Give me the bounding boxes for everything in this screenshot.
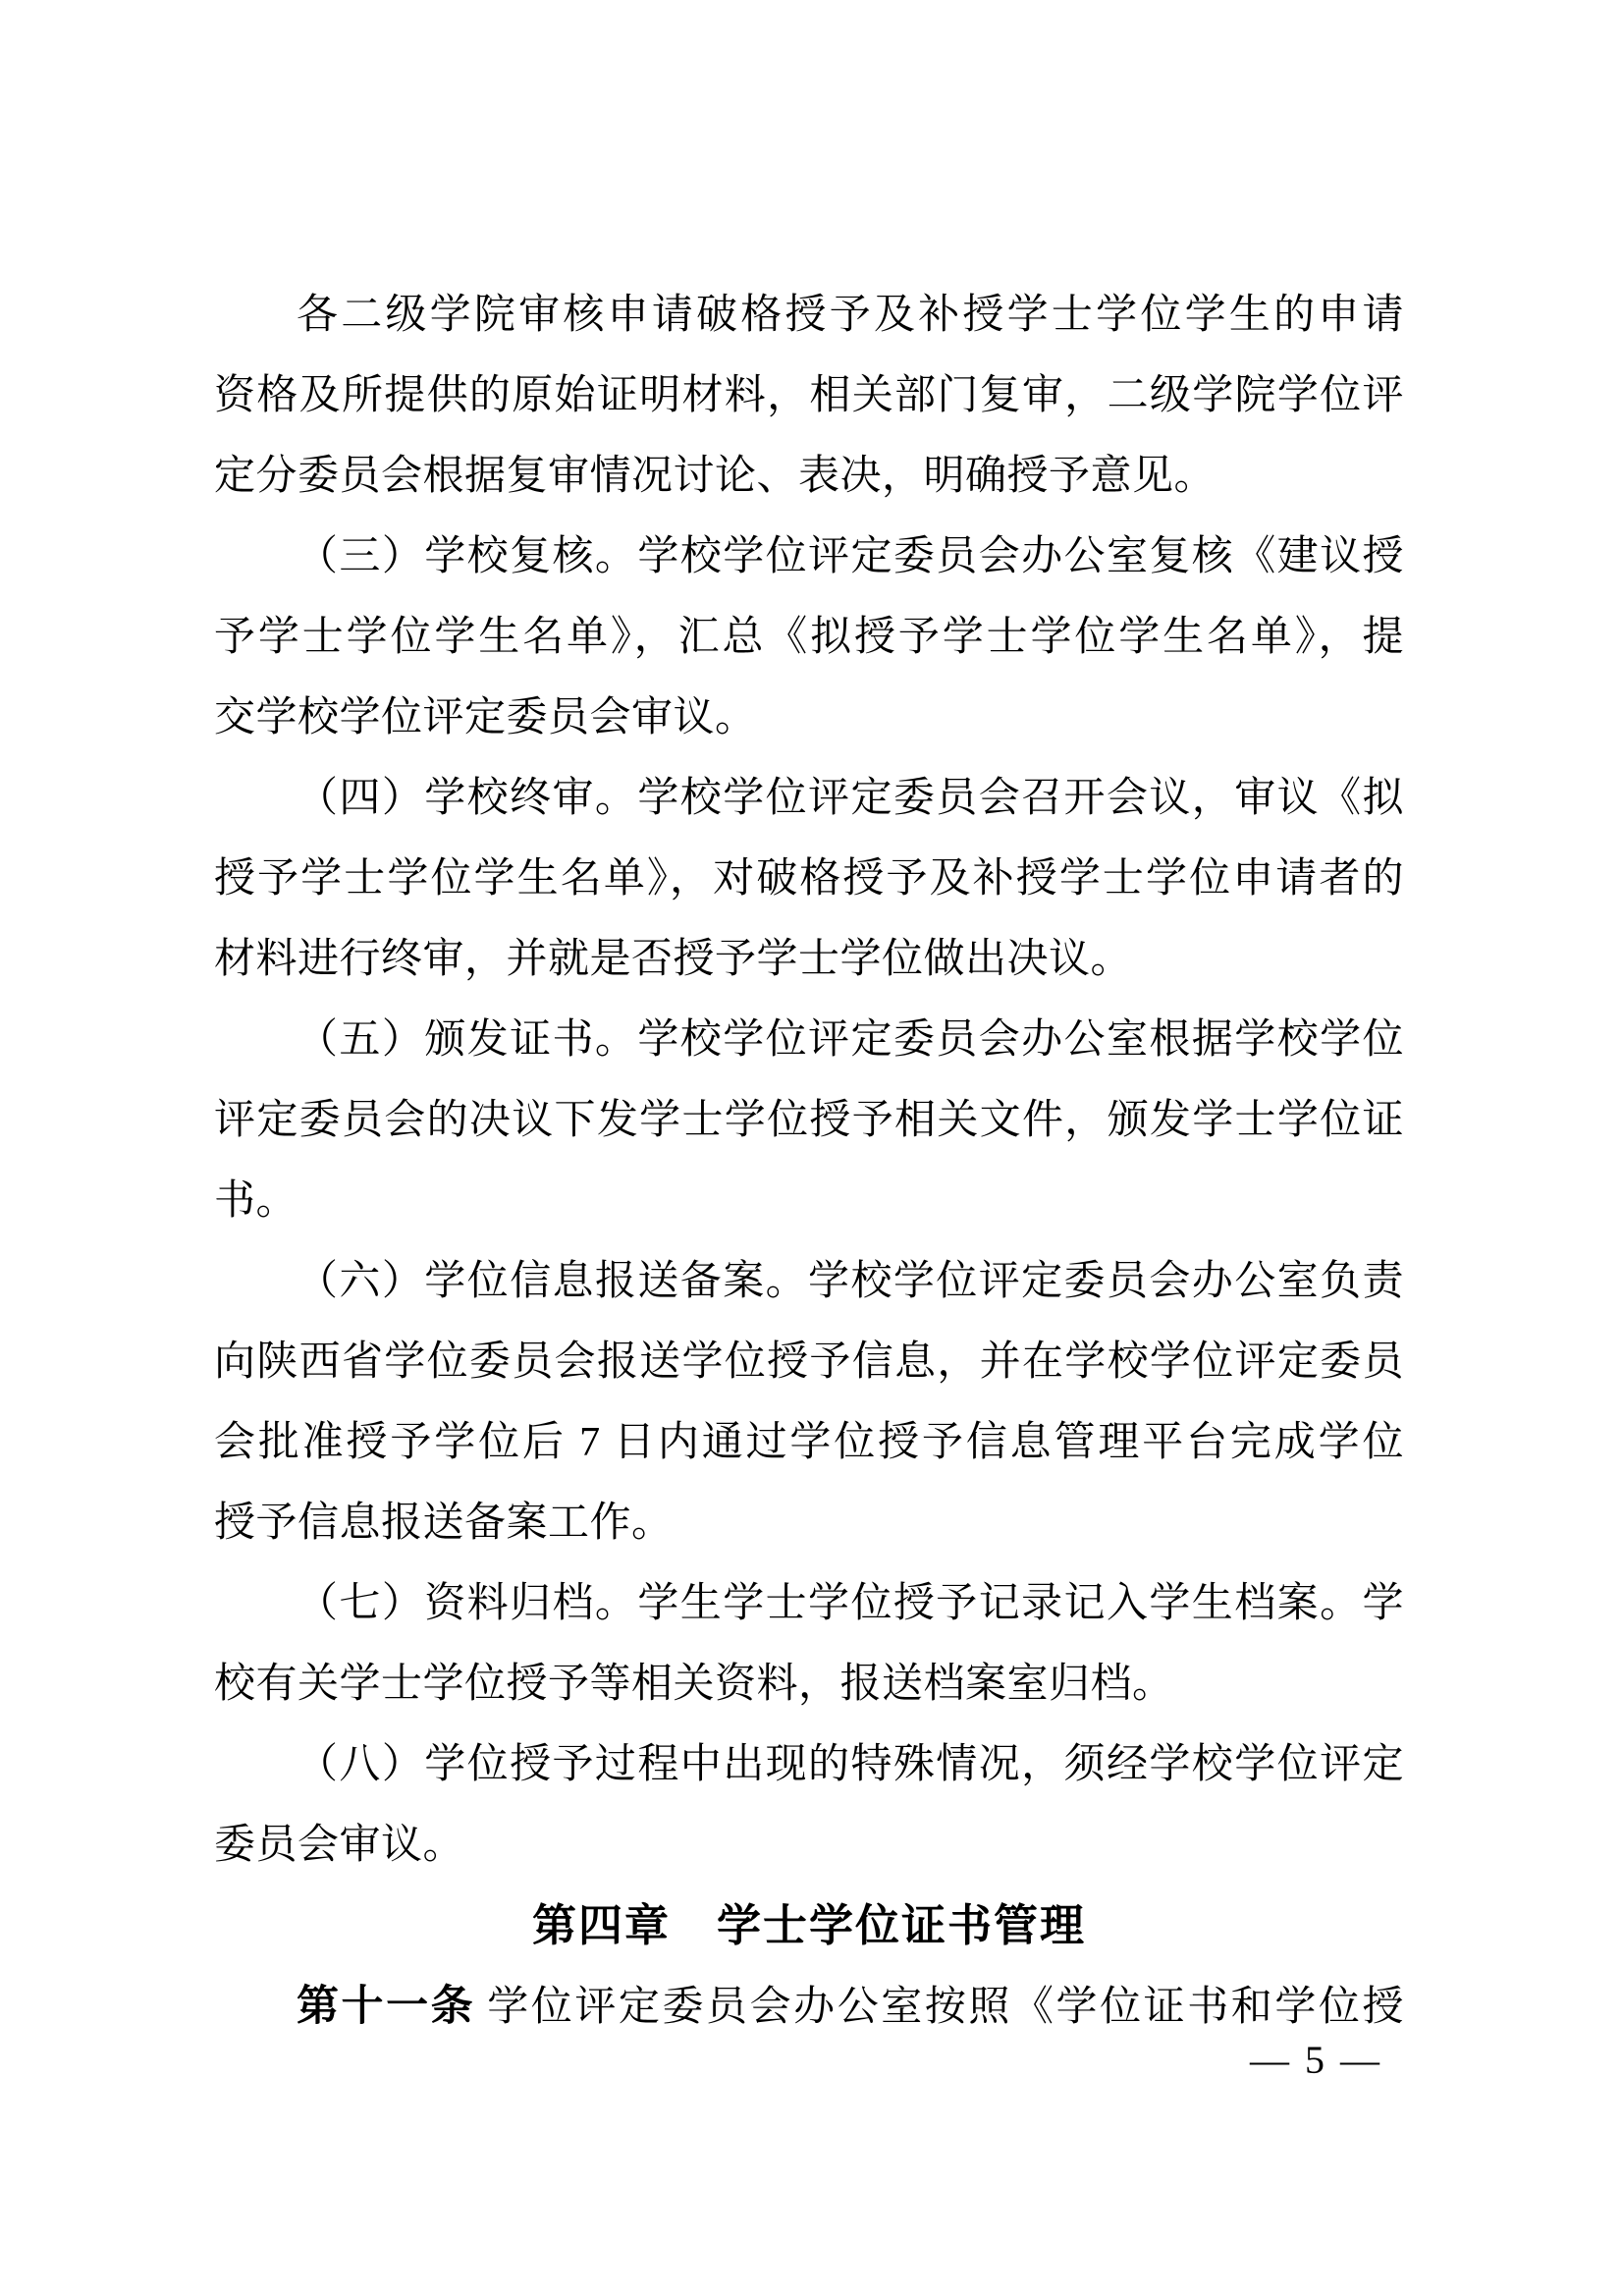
body-line-11: 评定委员会的决议下发学士学位授予相关文件，颁发学士学位证 <box>214 1080 1404 1161</box>
chapter-heading: 第四章 学士学位证书管理 <box>214 1886 1404 1966</box>
body-line-18: 校有关学士学位授予等相关资料，报送档案室归档。 <box>214 1644 1404 1724</box>
article-11-line: 第十一条学位评定委员会办公室按照《学位证书和学位授 <box>214 1966 1404 2047</box>
page-number: — 5 — <box>214 2039 1382 2082</box>
body-line-12: 书。 <box>214 1161 1404 1241</box>
body-line-3: 定分委员会根据复审情况讨论、表决，明确授予意见。 <box>214 436 1404 517</box>
body-line-4: （三）学校复核。学校学位评定委员会办公室复核《建议授 <box>214 517 1404 597</box>
body-line-1: 各二级学院审核申请破格授予及补授学士学位学生的申请 <box>214 275 1404 355</box>
body-line-2: 资格及所提供的原始证明材料，相关部门复审，二级学院学位评 <box>214 355 1404 436</box>
body-line-15: 会批准授予学位后 7 日内通过学位授予信息管理平台完成学位 <box>214 1402 1404 1483</box>
body-line-14: 向陕西省学位委员会报送学位授予信息，并在学校学位评定委员 <box>214 1322 1404 1402</box>
body-line-6: 交学校学位评定委员会审议。 <box>214 678 1404 758</box>
body-line-20: 委员会审议。 <box>214 1805 1404 1886</box>
document-page: 各二级学院审核申请破格授予及补授学士学位学生的申请 资格及所提供的原始证明材料，… <box>0 0 1622 2296</box>
document-body: 各二级学院审核申请破格授予及补授学士学位学生的申请 资格及所提供的原始证明材料，… <box>214 275 1404 2047</box>
body-line-19: （八）学位授予过程中出现的特殊情况，须经学校学位评定 <box>214 1724 1404 1805</box>
article-text: 学位评定委员会办公室按照《学位证书和学位授 <box>487 1985 1404 2030</box>
body-line-9: 材料进行终审，并就是否授予学士学位做出决议。 <box>214 919 1404 1000</box>
body-line-7: （四）学校终审。学校学位评定委员会召开会议，审议《拟 <box>214 758 1404 839</box>
body-line-16: 授予信息报送备案工作。 <box>214 1483 1404 1563</box>
body-line-8: 授予学士学位学生名单》，对破格授予及补授学士学位申请者的 <box>214 839 1404 919</box>
body-line-5: 予学士学位学生名单》，汇总《拟授予学士学位学生名单》，提 <box>214 597 1404 678</box>
body-line-17: （七）资料归档。学生学士学位授予记录记入学生档案。学 <box>214 1563 1404 1644</box>
body-line-13: （六）学位信息报送备案。学校学位评定委员会办公室负责 <box>214 1241 1404 1322</box>
article-number: 第十一条 <box>297 1983 475 2030</box>
body-line-10: （五）颁发证书。学校学位评定委员会办公室根据学校学位 <box>214 1000 1404 1080</box>
